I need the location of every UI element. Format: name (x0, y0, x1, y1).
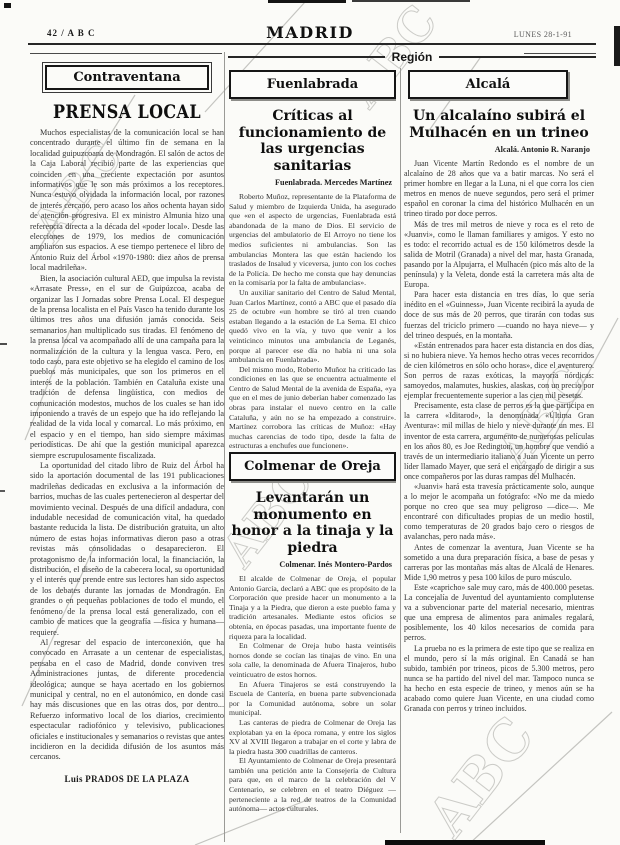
article-paragraph: Roberto Muñoz, representante de la Plata… (229, 192, 396, 288)
region-label: Región (392, 50, 433, 64)
article-alcala: Alcalá Un alcalaíno subirá el Mulhacén e… (404, 70, 594, 842)
article-paragraph: La prueba no es la primera de este tipo … (404, 644, 594, 715)
scan-edge-mark (268, 0, 346, 3)
scan-edge-mark (0, 490, 5, 492)
article-paragraph: La oportunidad del citado libro de Ruiz … (30, 461, 224, 638)
scan-edge-mark (0, 343, 7, 345)
section-box-label: Contraventana (45, 65, 209, 90)
article-paragraph: Precisamente, esta clase de perros es la… (404, 401, 594, 482)
article-paragraph: Muchos especialistas de la comunicación … (30, 128, 224, 274)
article-fuenlabrada: Fuenlabrada Críticas al funcionamiento d… (229, 70, 396, 448)
header-rule (28, 43, 596, 45)
article-paragraph: «Están entrenados para hacer esta distan… (404, 341, 594, 402)
article-paragraph: En Afuera Tinajeros se está construyendo… (229, 680, 396, 718)
article-headline: Críticas al funcionamiento de las urgenc… (229, 108, 396, 174)
reporter-byline: Alcalá. Antonio R. Naranjo (404, 145, 590, 154)
region-rule-right (439, 56, 596, 58)
article-paragraph: Para hacer esta distancia en tres días, … (404, 290, 594, 340)
column-divider (400, 68, 401, 833)
article-paragraph: Las canteras de piedra de Colmenar de Or… (229, 718, 396, 756)
section-box-label: Colmenar de Oreja (229, 452, 396, 481)
article-headline: Un alcalaíno subirá el Mulhacén en un tr… (404, 108, 594, 141)
section-box-label: Alcalá (408, 70, 568, 99)
article-paragraph: Del mismo modo, Roberto Muñoz ha critica… (229, 365, 396, 448)
article-paragraph: Bien, la asociación cultural AED, que im… (30, 274, 224, 461)
article-headline: Levantarán un monumento en honor a la ti… (229, 490, 396, 556)
article-colmenar: Colmenar de Oreja Levantarán un monument… (229, 452, 396, 844)
article-paragraph: El Ayuntamiento de Colmenar de Oreja pre… (229, 756, 396, 814)
article-paragraph: Un auxiliar sanitario del Centro de Salu… (229, 288, 396, 365)
region-rule-left (228, 56, 385, 58)
article-paragraph: Juan Vicente Martín Redondo es el nombre… (404, 159, 594, 220)
article-paragraph: En Colmenar de Oreja hubo hasta veintisé… (229, 641, 396, 679)
scan-edge-mark (352, 0, 470, 2)
author-byline: Luis PRADOS DE LA PLAZA (30, 774, 224, 784)
section-box-label: Fuenlabrada (229, 70, 396, 99)
cropped-ad-box-edge (385, 840, 545, 845)
article-paragraph: «Juanvi» hará esta travesía prácticament… (404, 482, 594, 543)
article-paragraph: Al regresar del espacio de interconexión… (30, 638, 224, 763)
issue-date: LUNES 28-1-91 (514, 30, 572, 39)
reporter-byline: Fuenlabrada. Mercedes Martínez (229, 178, 392, 187)
newspaper-page: ABC ABC ABC ABC ABC 42 / A B C MADRID LU… (0, 0, 620, 845)
column-divider (224, 52, 225, 842)
scan-edge-mark (4, 3, 11, 8)
header-subrule-left (30, 53, 222, 54)
article-paragraph: Antes de comenzar la aventura, Juan Vice… (404, 543, 594, 583)
article-paragraph: El alcalde de Colmenar de Oreja, el popu… (229, 574, 396, 641)
reporter-byline: Colmenar. Inés Montero-Pardos (229, 560, 392, 569)
region-banner: Región (228, 50, 596, 64)
section-box-contraventana: Contraventana (42, 62, 212, 93)
scan-edge-mark (614, 26, 620, 66)
article-paragraph: Este «capricho» sale muy caro, más de 40… (404, 583, 594, 644)
article-prensa-local: Contraventana PRENSA LOCAL Muchos especi… (30, 62, 224, 842)
article-headline: PRENSA LOCAL (30, 101, 224, 123)
article-paragraph: Más de tres mil metros de nieve y roca e… (404, 220, 594, 291)
